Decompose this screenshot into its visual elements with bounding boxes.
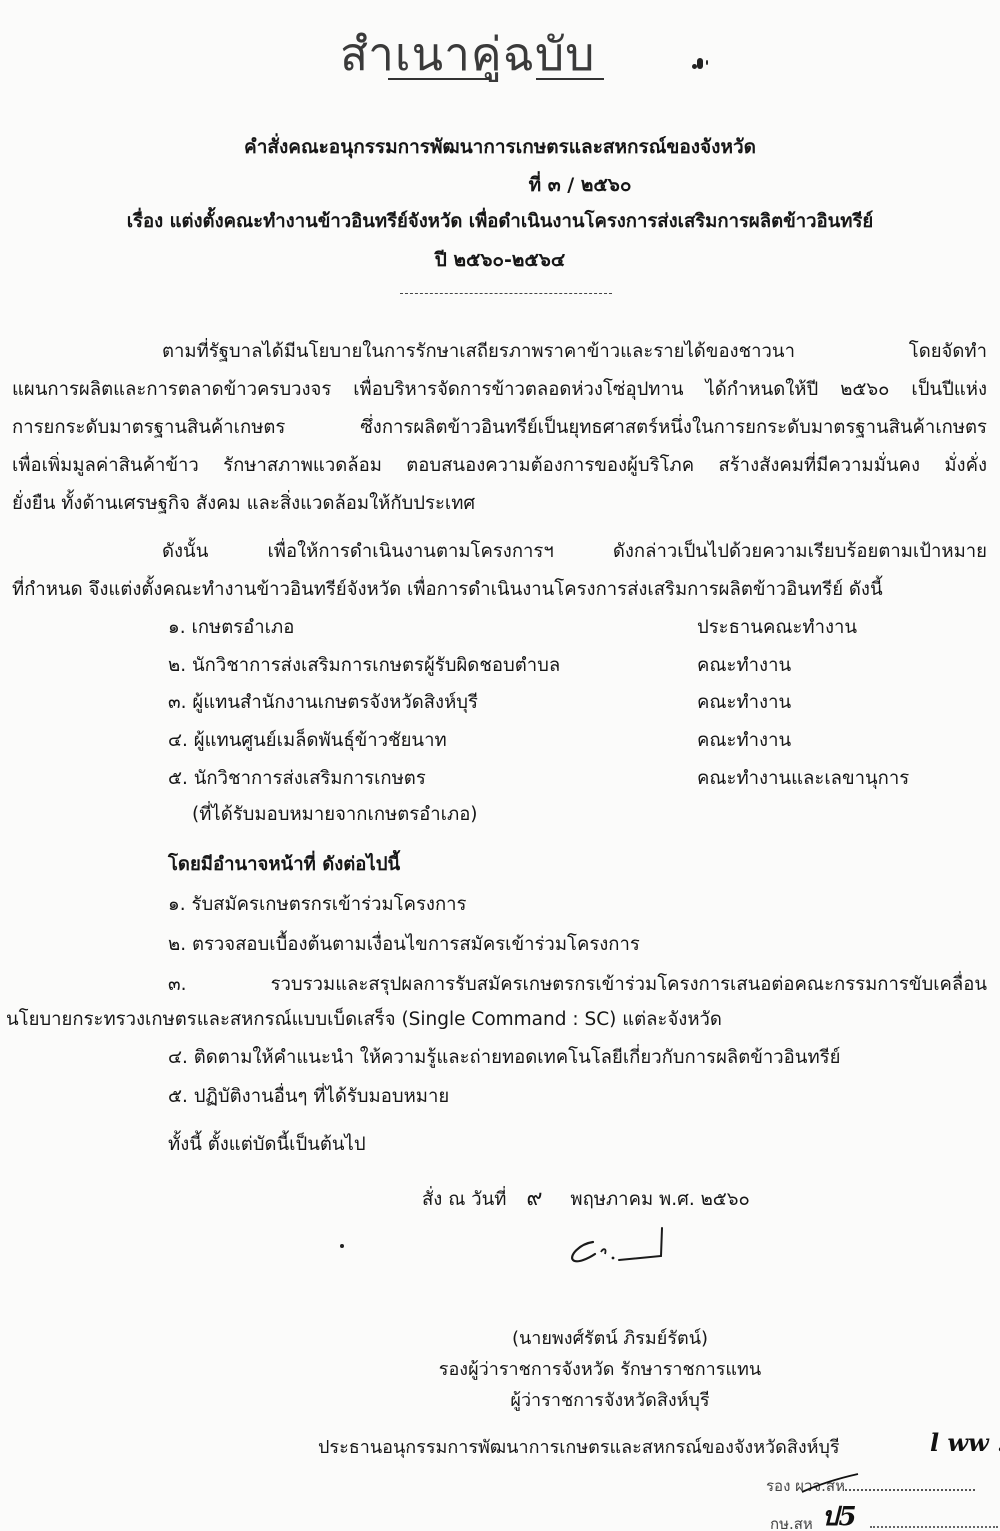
scan-speck xyxy=(697,58,703,69)
scan-speck xyxy=(340,1244,344,1248)
signatory-position-3: ประธานอนุกรรมการพัฒนาการเกษตรและสหกรณ์ขอ… xyxy=(318,1432,840,1461)
member-role: คณะทำงานและเลขานุการ xyxy=(697,764,909,793)
paragraph1-line2: แผนการผลิตและการตลาดข้าวครบวงจร เพื่อบริ… xyxy=(12,375,987,404)
order-date: สั่ง ณ วันที่ ๙ พฤษภาคม พ.ศ. ๒๕๖๐ xyxy=(422,1180,750,1215)
handwritten-signature xyxy=(565,1224,675,1274)
paragraph2-line2: ที่กำหนด จึงแต่งตั้งคณะทำงานข้าวอินทรีย์… xyxy=(12,575,987,604)
member-number: ๓. xyxy=(168,692,187,713)
committee-member: ๓. ผู้แทนสำนักงานเกษตรจังหวัดสิงห์บุรี xyxy=(168,688,478,717)
effective-statement: ทั้งนี้ ตั้งแต่บัดนี้เป็นต้นไป xyxy=(168,1130,366,1159)
handwritten-note: l ww ! xyxy=(930,1428,1000,1457)
paragraph1-line1: ตามที่รัฐบาลได้มีนโยบายในการรักษาเสถียรภ… xyxy=(162,337,987,366)
member-number: ๒. xyxy=(168,655,186,676)
committee-member: ๒. นักวิชาการส่งเสริมการเกษตรผู้รับผิดชอ… xyxy=(168,651,560,680)
committee-member: ๔. ผู้แทนศูนย์เมล็ดพันธุ์ข้าวชัยนาท xyxy=(168,726,447,755)
member-name: นักวิชาการส่งเสริมการเกษตรผู้รับผิดชอบตำ… xyxy=(192,655,560,676)
duties-heading: โดยมีอำนาจหน้าที่ ดังต่อไปนี้ xyxy=(168,850,400,879)
order-number: ที่ ๓ / ๒๕๖๐ xyxy=(80,170,1000,200)
member-name: นักวิชาการส่งเสริมการเกษตร xyxy=(194,768,426,789)
member-number: ๔. xyxy=(168,730,188,751)
member-role: คณะทำงาน xyxy=(697,651,791,680)
member-number: ๕. xyxy=(168,768,188,789)
signatory-name: (นายพงศ์รัตน์ ภิรมย์รัตน์) xyxy=(420,1323,800,1352)
duty-item-5: ๕. ปฏิบัติงานอื่นๆ ที่ได้รับมอบหมาย xyxy=(168,1082,449,1111)
paragraph1-line4: เพื่อเพิ่มมูลค่าสินค้าข้าว รักษาสภาพแวดล… xyxy=(12,451,987,480)
routing-initial: ป5 xyxy=(822,1496,857,1531)
stamp-underline-left xyxy=(388,78,491,80)
member-role: คณะทำงาน xyxy=(697,688,791,717)
paragraph1-line3: การยกระดับมาตรฐานสินค้าเกษตร ซึ่งการผลิต… xyxy=(12,413,987,442)
member5-note: (ที่ได้รับมอบหมายจากเกษตรอำเภอ) xyxy=(192,800,478,829)
member-name: เกษตรอำเภอ xyxy=(192,617,295,638)
date-day: ๙ xyxy=(526,1180,542,1215)
member-number: ๑. xyxy=(168,617,186,638)
duty-item-3-continuation: นโยบายกระทรวงเกษตรและสหกรณ์แบบเบ็ดเสร็จ … xyxy=(6,1005,722,1034)
paragraph1-line5: ยั่งยืน ทั้งด้านเศรษฐกิจ สังคม และสิ่งแว… xyxy=(12,489,987,518)
duty-item-3: ๓. รวบรวมและสรุปผลการรับสมัครเกษตรกรเข้า… xyxy=(168,970,987,999)
committee-member: ๑. เกษตรอำเภอ xyxy=(168,613,294,642)
routing-agri-office: กษ.สห xyxy=(770,1512,813,1531)
member-role: คณะทำงาน xyxy=(697,726,791,755)
date-month-year: พฤษภาคม พ.ศ. ๒๕๖๐ xyxy=(570,1189,749,1210)
signatory-position-2: ผู้ว่าราชการจังหวัดสิงห์บุรี xyxy=(420,1385,800,1414)
routing-dots xyxy=(845,1489,975,1491)
order-period: ปี ๒๕๖๐-๒๕๖๔ xyxy=(0,245,1000,275)
duty-item-1: ๑. รับสมัครเกษตรกรเข้าร่วมโครงการ xyxy=(168,890,466,919)
member-name: ผู้แทนศูนย์เมล็ดพันธุ์ข้าวชัยนาท xyxy=(194,730,447,751)
duty-item-4: ๔. ติดตามให้คำแนะนำ ให้ความรู้และถ่ายทอด… xyxy=(168,1043,840,1072)
member-name: ผู้แทนสำนักงานเกษตรจังหวัดสิงห์บุรี xyxy=(192,692,478,713)
duty-item-2: ๒. ตรวจสอบเบื้องต้นตามเงื่อนไขการสมัครเข… xyxy=(168,930,640,959)
signatory-position-1: รองผู้ว่าราชการจังหวัด รักษาราชการแทน xyxy=(380,1354,820,1383)
member-role: ประธานคณะทำงาน xyxy=(697,613,857,642)
routing-dots-2 xyxy=(870,1526,998,1528)
order-subject: เรื่อง แต่งตั้งคณะทำงานข้าวอินทรีย์จังหว… xyxy=(0,207,1000,236)
scan-speck xyxy=(706,60,708,65)
routing-deputy-governor: รอง ผวจ.สห xyxy=(766,1474,975,1498)
order-title: คำสั่งคณะอนุกรรมการพัฒนาการเกษตรและสหกรณ… xyxy=(0,132,1000,162)
committee-member: ๕. นักวิชาการส่งเสริมการเกษตร xyxy=(168,764,426,793)
paragraph2-line1: ดังนั้น เพื่อให้การดำเนินงานตามโครงการฯ … xyxy=(162,537,987,566)
date-prefix: สั่ง ณ วันที่ xyxy=(422,1189,506,1210)
stamp-underline-right xyxy=(536,78,604,80)
header-separator xyxy=(400,293,612,294)
copy-stamp: สำเนาคู่ฉบับ xyxy=(340,18,595,91)
